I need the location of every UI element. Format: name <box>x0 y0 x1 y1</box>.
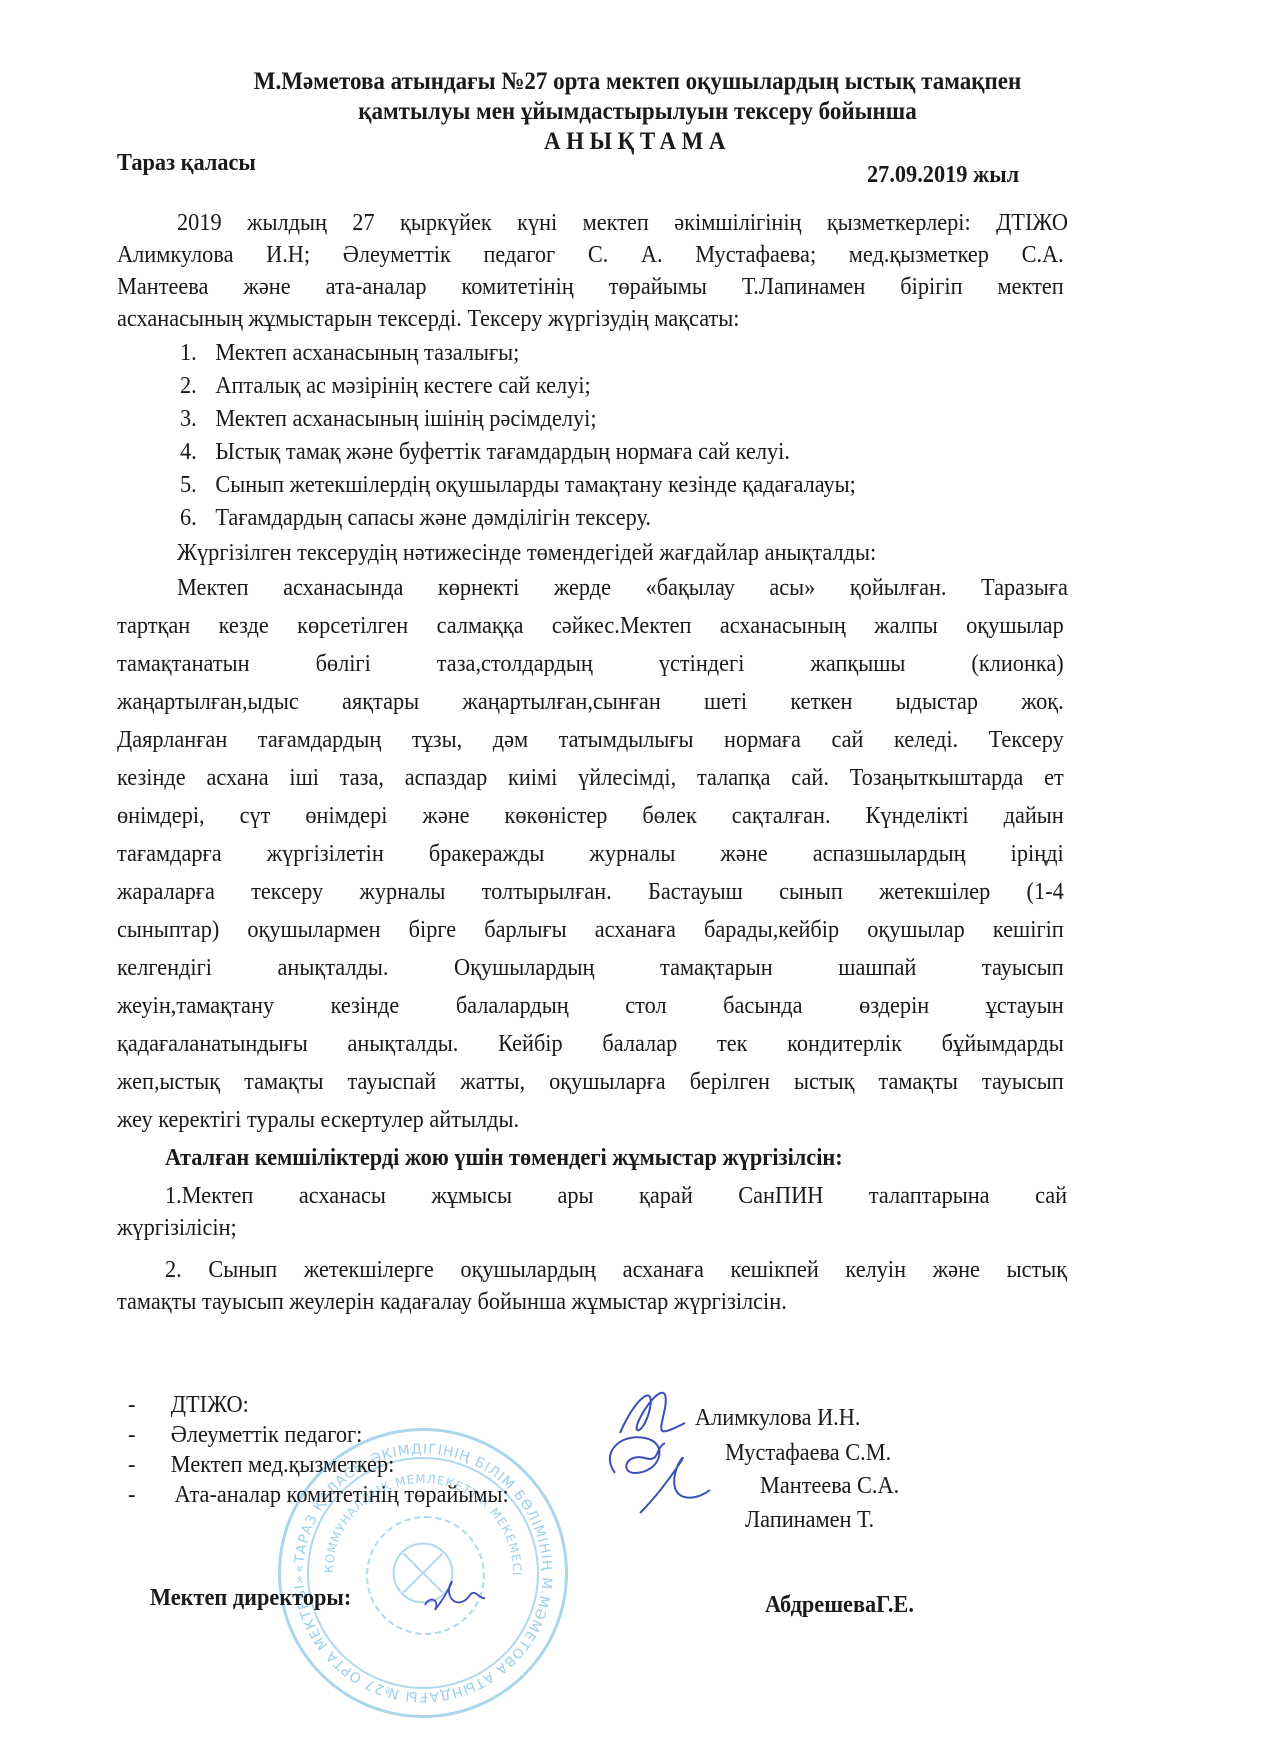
finding-line: Мектеп асханасында көрнекті жерде «бақыл… <box>177 575 1068 602</box>
intro-line: асханасының жұмыстарын тексерді. Тексеру… <box>117 306 739 333</box>
finding-line: жаңартылған,ыдыс аяқтары жаңартылған,сын… <box>117 689 1064 716</box>
action-item-1-line-2: жүргізілісін; <box>117 1215 237 1242</box>
action-item-1-line-1: 1.Мектеп асханасы жұмысы ары қарай СанПИ… <box>165 1183 1067 1210</box>
action-item-2-line-2: тамақты тауысып жеулерін кадағалау бойын… <box>117 1289 787 1316</box>
signatory-name: Мустафаева С.М. <box>725 1440 891 1467</box>
signatory-row: - Мектеп мед.қызметкер: <box>128 1452 394 1479</box>
director-label: Мектеп директоры: <box>150 1585 351 1612</box>
signatory-role: Әлеуметтік педагог: <box>171 1422 363 1448</box>
results-intro: Жүргізілген тексерудің нәтижесінде төмен… <box>177 540 876 567</box>
director-name: АбдрешеваГ.Е. <box>765 1592 914 1619</box>
finding-line: өнімдері, сүт өнімдері және көкөністер б… <box>117 803 1064 830</box>
signatory-role: Ата-аналар комитетінің төрайымы: <box>175 1482 509 1508</box>
finding-line: жеуін,тамақтану кезінде балалардың стол … <box>117 993 1064 1020</box>
action-item-2-line-1: 2. Сынып жетекшілерге оқушылардың асхана… <box>165 1257 1067 1284</box>
signatory-row: - Ата-аналар комитетінің төрайымы: <box>128 1482 509 1509</box>
goal-item: 3.Мектеп асханасының ішінің рәсімделуі; <box>180 406 597 433</box>
signatory-name: Мантеева С.А. <box>760 1473 899 1500</box>
intro-line: Алимкулова И.Н; Әлеуметтік педагог С. А.… <box>117 242 1064 269</box>
finding-line: сыныптар) оқушылармен бірге барлығы асха… <box>117 917 1064 944</box>
goal-item: 6.Тағамдардың сапасы және дәмділігін тек… <box>180 505 651 532</box>
list-bullet: - <box>128 1452 135 1478</box>
finding-line: тағамдарға жүргізілетін бракеражды журна… <box>117 841 1064 868</box>
actions-heading: Аталған кемшіліктерді жою үшін төмендегі… <box>165 1145 843 1172</box>
list-bullet: - <box>128 1392 135 1418</box>
signatory-row: - ДТІЖО: <box>128 1392 249 1419</box>
goal-item: 4.Ыстық тамақ және буфеттік тағамдардың … <box>180 439 790 466</box>
finding-line: жеу керектігі туралы ескертулер айтылды. <box>117 1107 519 1134</box>
title-line-2: қамтылуы мен ұйымдастырылуын тексеру бой… <box>51 98 1224 126</box>
intro-line: Мантеева және ата-аналар комитетінің төр… <box>117 274 1064 301</box>
document-date: 27.09.2019 жыл <box>867 162 1019 189</box>
document-page: М.Мәметова атындағы №27 орта мектеп оқуш… <box>0 0 1275 1755</box>
finding-line: Даярланған тағамдардың тұзы, дәм татымды… <box>117 727 1064 754</box>
finding-line: жараларға тексеру журналы толтырылған. Б… <box>117 879 1064 906</box>
director-signature-icon <box>420 1570 490 1620</box>
finding-line: тартқан кезде көрсетілген салмаққа сәйке… <box>117 613 1064 640</box>
handwritten-signatures-icon <box>600 1378 720 1528</box>
finding-line: жеп,ыстық тамақты тауыспай жатты, оқушыл… <box>117 1069 1064 1096</box>
city-label: Тараз қаласы <box>117 150 256 177</box>
intro-line: 2019 жылдың 27 қыркүйек күні мектеп әкім… <box>177 210 1068 237</box>
list-bullet: - <box>128 1422 135 1448</box>
signatory-row: - Әлеуметтік педагог: <box>128 1422 362 1449</box>
finding-line: келгендігі анықталды. Оқушылардың тамақт… <box>117 955 1064 982</box>
goal-item: 1.Мектеп асханасының тазалығы; <box>180 340 519 367</box>
goal-item: 2.Апталық ас мәзірінің кестеге сай келуі… <box>180 373 591 400</box>
title-line-1: М.Мәметова атындағы №27 орта мектеп оқуш… <box>51 68 1224 96</box>
signatory-role: Мектеп мед.қызметкер: <box>171 1452 395 1478</box>
finding-line: кезінде асхана іші таза, аспаздар киімі … <box>117 765 1064 792</box>
signatory-name: Лапинамен Т. <box>745 1507 874 1534</box>
finding-line: тамақтанатын бөлігі таза,столдардың үсті… <box>117 651 1064 678</box>
goal-item: 5.Сынып жетекшілердің оқушыларды тамақта… <box>180 472 856 499</box>
list-bullet: - <box>128 1482 135 1508</box>
signatory-role: ДТІЖО: <box>171 1392 249 1418</box>
finding-line: қадағаланатындығы анықталды. Кейбір бала… <box>117 1031 1064 1058</box>
